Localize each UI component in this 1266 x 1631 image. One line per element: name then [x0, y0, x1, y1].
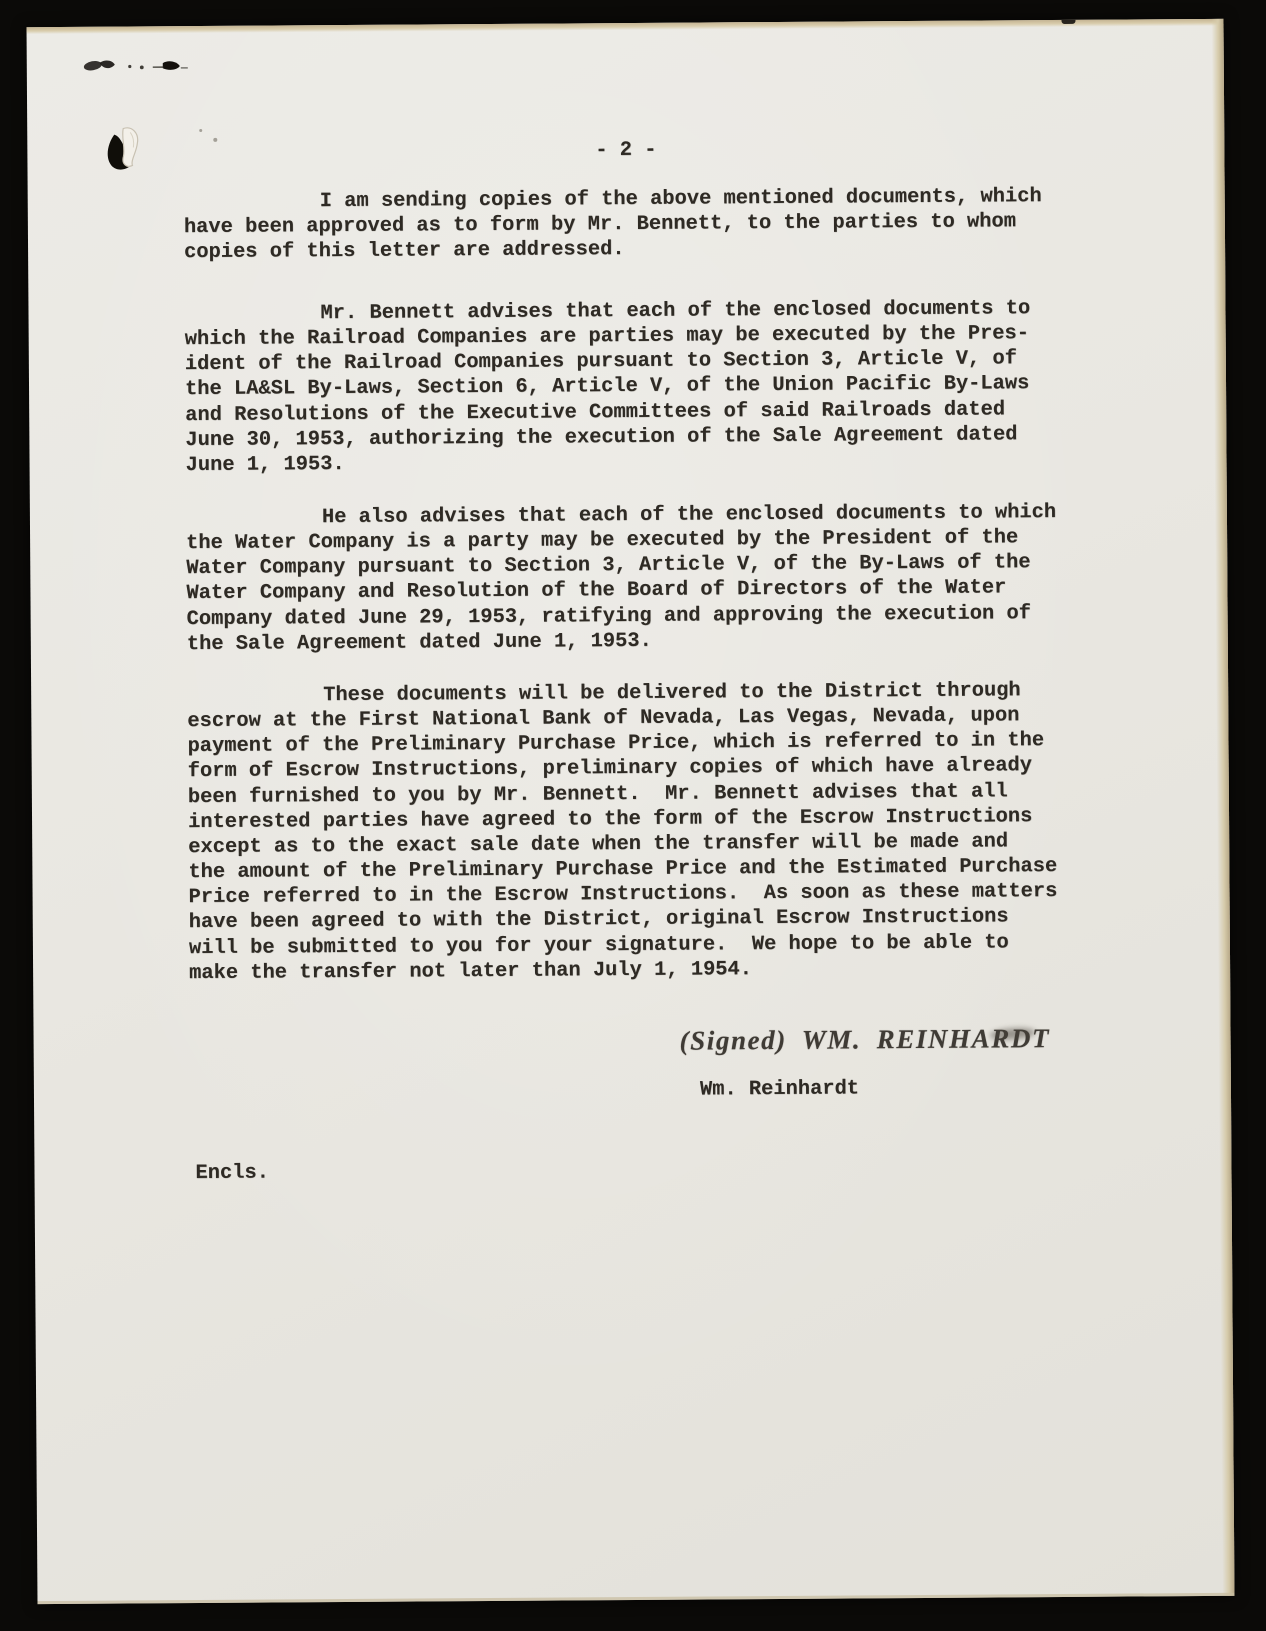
ink-smudge-artifact	[83, 54, 189, 79]
scanned-letter-photo: { "page": { "page_number": "- 2 -", "col…	[0, 0, 1266, 1631]
paper-aged-right-edge	[1211, 19, 1234, 1596]
paper-aged-bottom-edge	[37, 1593, 1234, 1604]
letter-paragraph-4: These documents will be delivered to the…	[187, 678, 1109, 986]
signature-stamp: (Signed) WM. REINHARDT	[679, 1022, 1050, 1057]
document-page: - 2 - I am sending copies of the above m…	[27, 19, 1235, 1604]
paper-aged-top-edge	[27, 19, 1224, 34]
page-number: - 2 -	[27, 134, 1224, 168]
enclosures-note: Encls.	[195, 1161, 269, 1187]
letter-paragraph-1: I am sending copies of the above mention…	[184, 184, 1105, 266]
paper-edge-notch	[1061, 20, 1075, 24]
letter-paragraph-3: He also advises that each of the enclose…	[186, 500, 1107, 657]
paper-speck	[199, 129, 202, 132]
letter-paragraph-2: Mr. Bennett advises that each of the enc…	[184, 296, 1105, 479]
signature-typed-name: Wm. Reinhardt	[700, 1076, 859, 1102]
